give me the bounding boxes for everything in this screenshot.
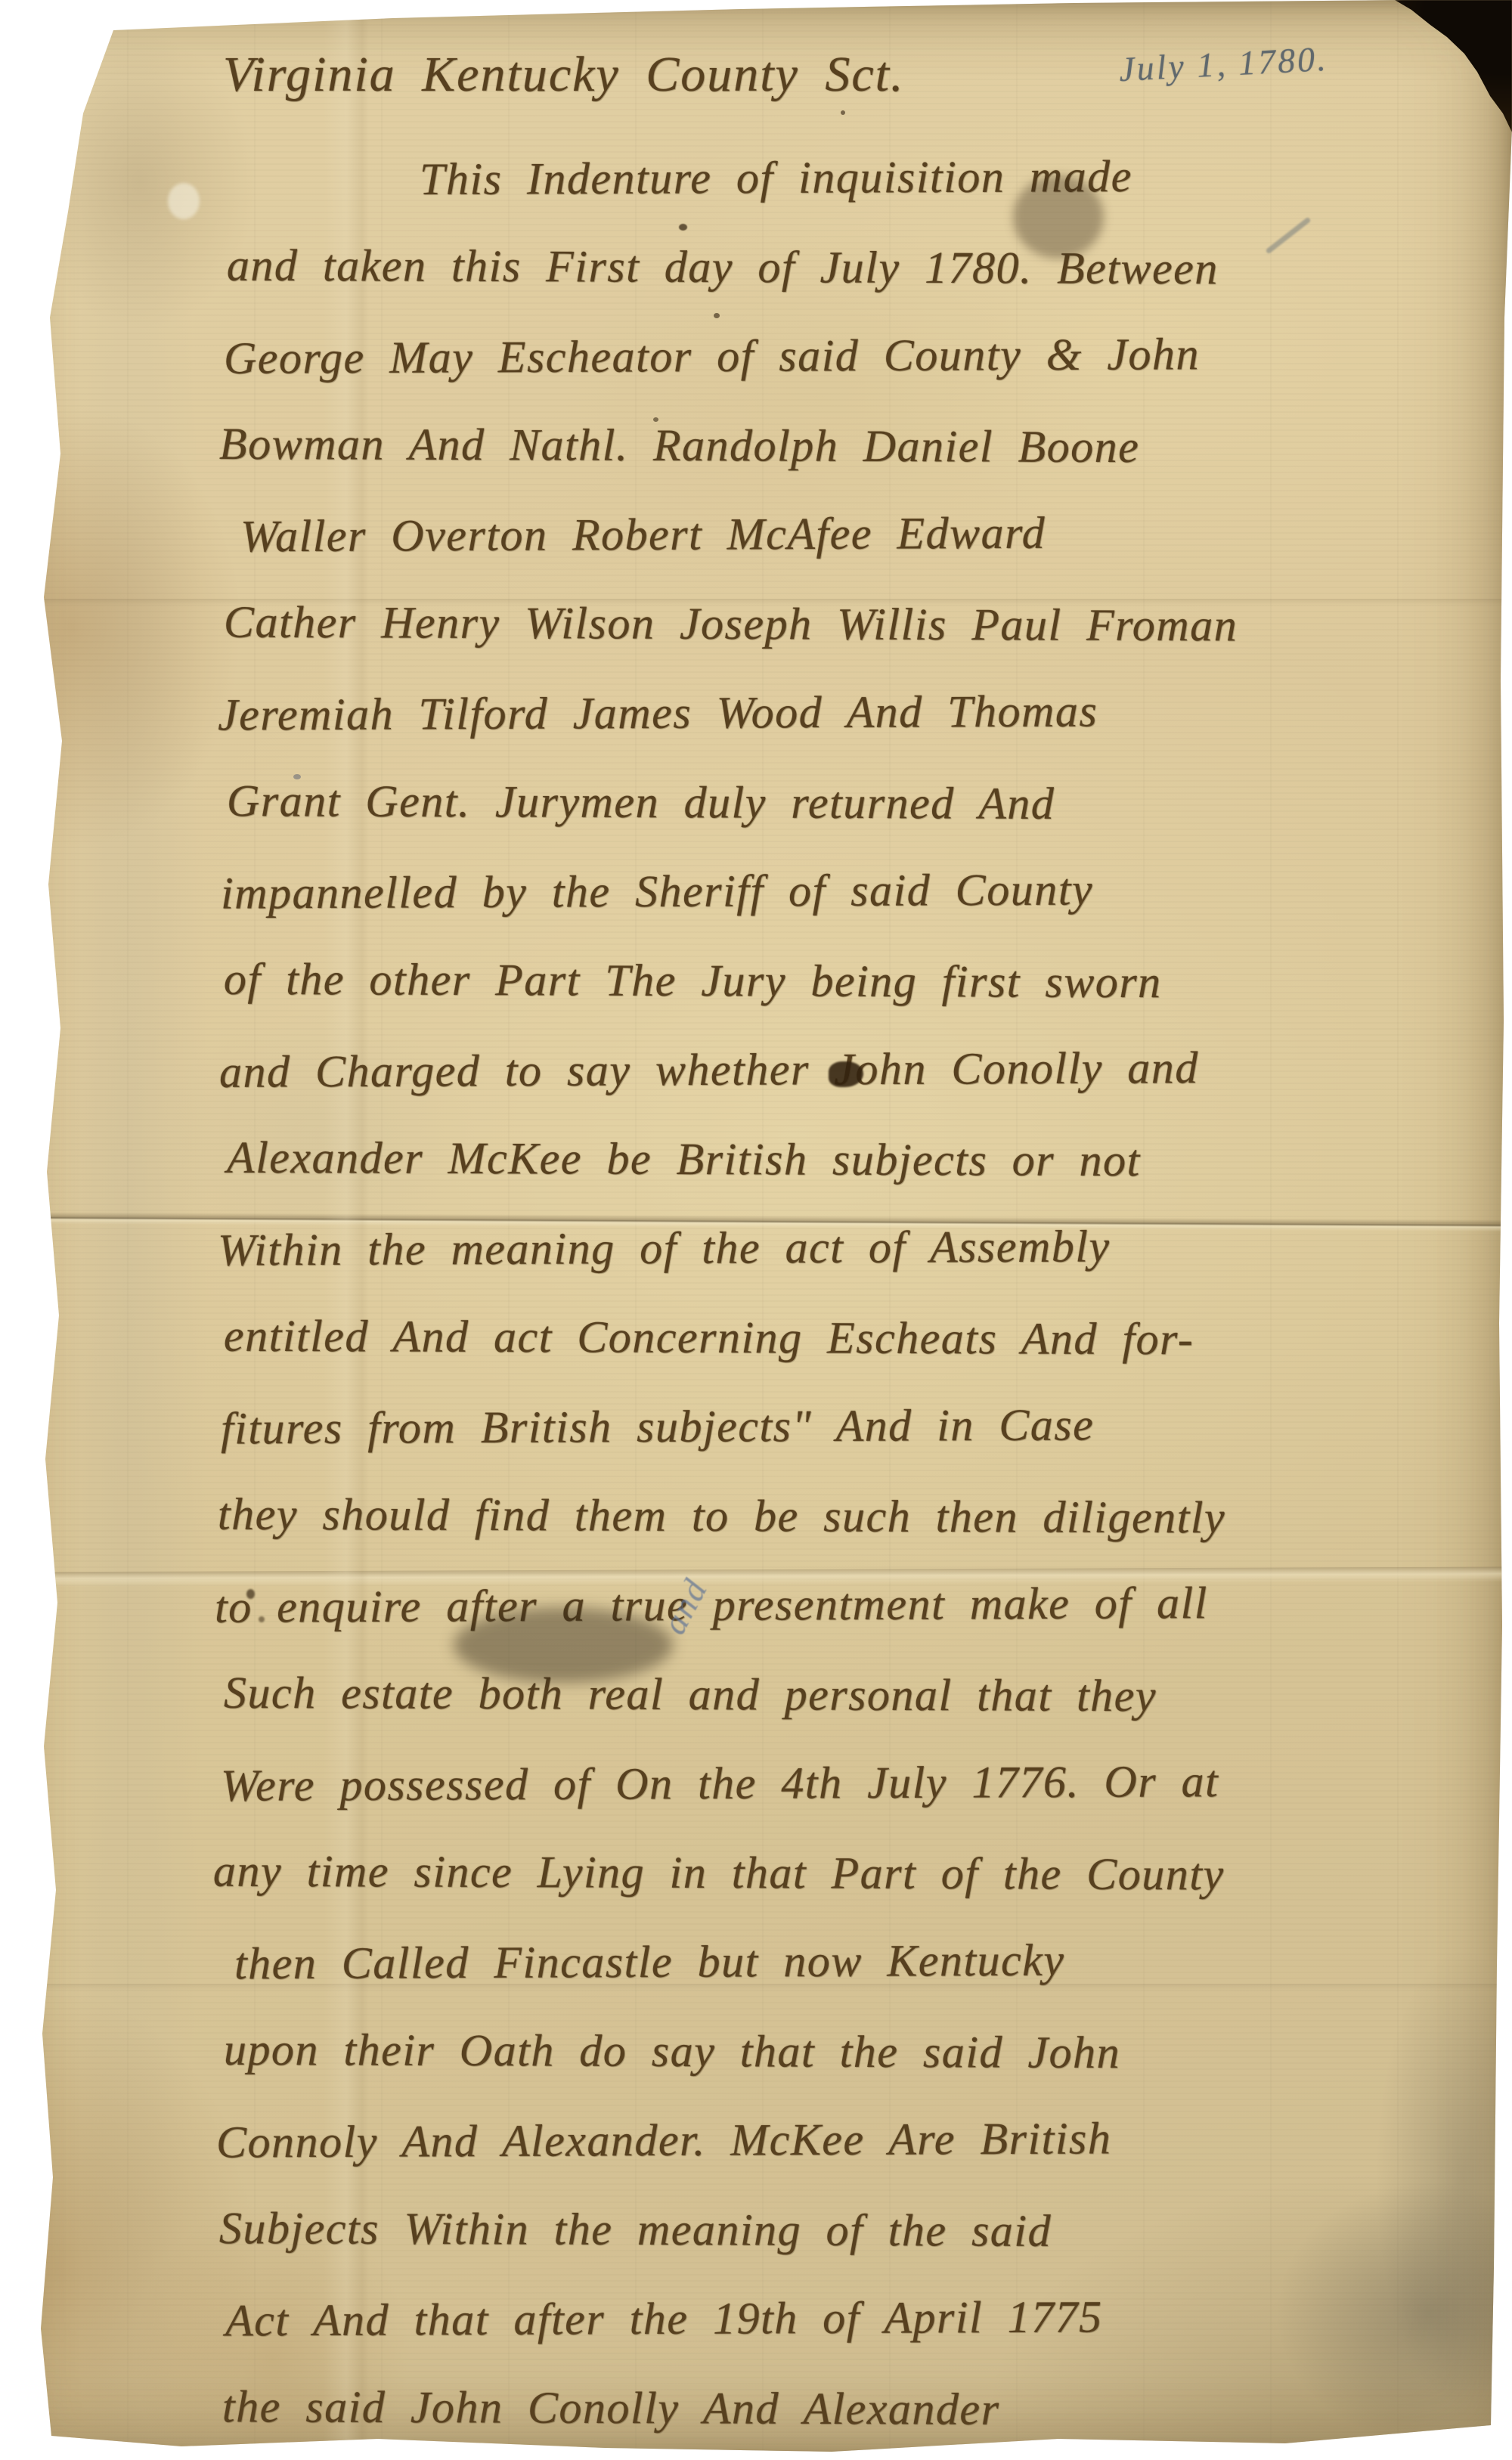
manuscript-line: Connoly And Alexander. McKee Are British xyxy=(216,2115,1112,2164)
manuscript-line: Act And that after the 19th of April 177… xyxy=(225,2294,1103,2343)
heading-line: Virginia Kentucky County Sct. xyxy=(223,50,904,100)
manuscript-line: Subjects Within the meaning of the said xyxy=(219,2205,1052,2254)
manuscript-line: impannelled by the Sheriff of said Count… xyxy=(221,866,1093,916)
manuscript-line: George May Escheator of said County & Jo… xyxy=(224,331,1200,381)
paper-chip-mark xyxy=(168,183,200,219)
scan-background: July 1, 1780. Virginia Kentucky County S… xyxy=(0,0,1512,2460)
manuscript-line: the said John Conolly And Alexander xyxy=(222,2384,1000,2432)
manuscript-line: Grant Gent. Jurymen duly returned And xyxy=(227,778,1055,826)
manuscript-line: Alexander McKee be British subjects or n… xyxy=(227,1135,1141,1183)
manuscript-line: Waller Overton Robert McAfee Edward xyxy=(240,510,1046,559)
ink-smudge xyxy=(1013,175,1104,259)
manuscript-line: entitled And act Concerning Escheats And… xyxy=(224,1313,1194,1362)
ink-smudge xyxy=(454,1607,673,1683)
manuscript-line: Were possessed of On the 4th July 1776. … xyxy=(221,1758,1219,1808)
ink-blot xyxy=(653,417,658,422)
manuscript-line: any time since Lying in that Part of the… xyxy=(213,1848,1225,1898)
manuscript-line: they should find them to be such then di… xyxy=(218,1492,1225,1541)
ink-blot xyxy=(714,313,720,318)
ink-blot xyxy=(293,774,301,779)
manuscript-line: upon their Oath do say that the said Joh… xyxy=(224,2027,1120,2075)
manuscript-line: Within the meaning of the act of Assembl… xyxy=(218,1223,1111,1272)
ink-blot xyxy=(679,224,687,231)
manuscript-line: Jeremiah Tilford James Wood And Thomas xyxy=(218,688,1098,737)
manuscript-page: July 1, 1780. Virginia Kentucky County S… xyxy=(0,0,1512,2460)
manuscript-line: fitures from British subjects" And in Ca… xyxy=(221,1402,1095,1451)
ink-blot xyxy=(259,1616,265,1622)
manuscript-line: and Charged to say whether John Conolly … xyxy=(219,1045,1199,1095)
manuscript-line: Bowman And Nathl. Randolph Daniel Boone xyxy=(219,421,1140,469)
ink-blot xyxy=(246,1589,255,1599)
manuscript-line: Such estate both real and personal that … xyxy=(224,1670,1157,1718)
ink-blot xyxy=(841,110,845,115)
manuscript-line: of the other Part The Jury being first s… xyxy=(224,956,1162,1005)
manuscript-line: Cather Henry Wilson Joseph Willis Paul F… xyxy=(224,600,1238,649)
manuscript-line: then Called Fincastle but now Kentucky xyxy=(234,1938,1065,1987)
